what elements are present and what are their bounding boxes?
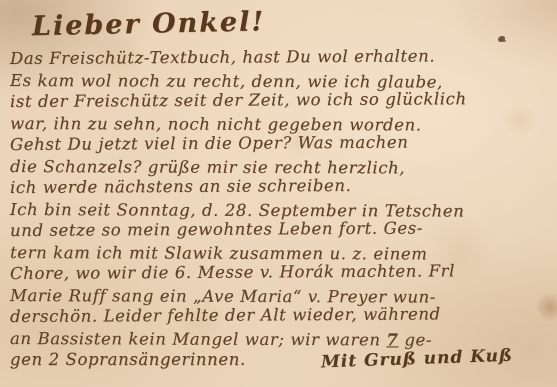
letter-page: Lieber Onkel! Das Freischütz-Textbuch, h… [0, 0, 557, 387]
letter-line: Gehst Du jetzt viel in die Oper? Was mac… [10, 131, 549, 156]
underlined-count: 7 [386, 330, 398, 349]
letter-line: ist der Freischütz seit der Zeit, wo ich… [10, 88, 549, 113]
letter-line: ich werde nächstens an sie schreiben. [10, 174, 549, 199]
letter-text: Das Freischütz-Textbuch, hast Du wol erh… [10, 48, 549, 371]
letter-salutation: Lieber Onkel! [10, 0, 550, 51]
letter-final-row: gen 2 Sopransängerinnen. Mit Gruß und Ku… [10, 349, 549, 371]
letter-line: derschön. Leider fehlte der Alt wieder, … [10, 303, 549, 328]
letter-line: Chore, wo wir die 6. Messe v. Horák mach… [10, 260, 549, 285]
letter-line: und setze so mein gewohntes Leben fort. … [10, 217, 549, 242]
letter-line-fragment: an Bassisten kein Mangel war; wir waren [10, 329, 386, 349]
letter-body: Lieber Onkel! Das Freischütz-Textbuch, h… [0, 0, 557, 387]
letter-line: Das Freischütz-Textbuch, hast Du wol erh… [10, 45, 549, 70]
letter-line-fragment: ge- [398, 330, 432, 349]
letter-last-line: gen 2 Sopransängerinnen. [10, 349, 246, 371]
